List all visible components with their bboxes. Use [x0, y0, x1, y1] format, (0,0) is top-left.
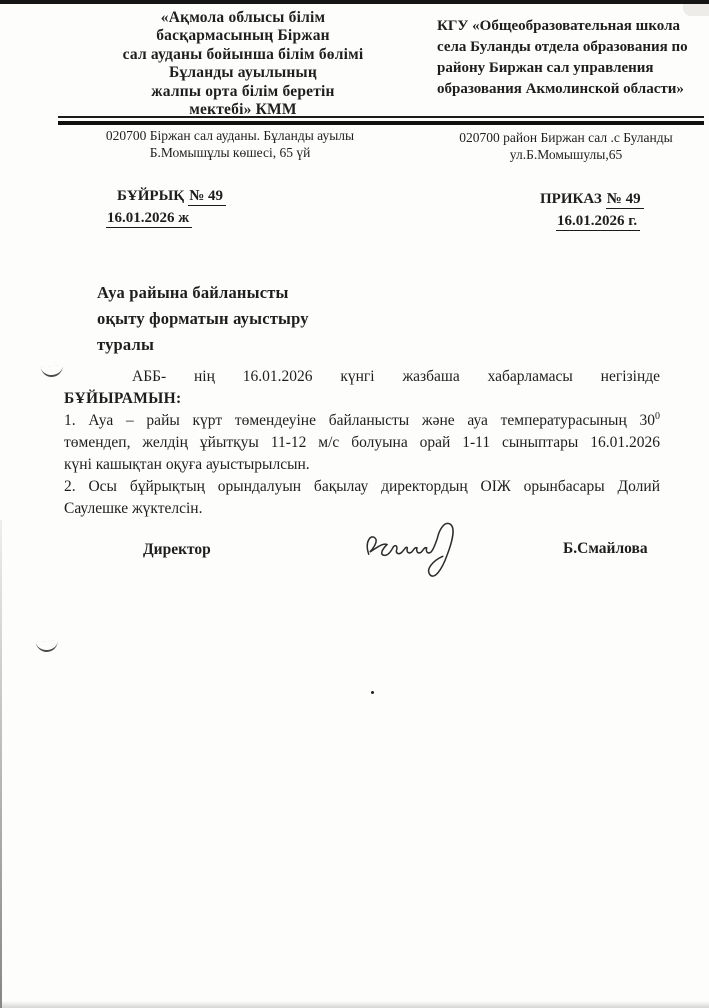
org-name-kazakh-line: жалпы орта білім беретін [86, 83, 400, 101]
org-name-kazakh-line: сал ауданы бойынша білім бөлімі [86, 46, 400, 64]
body-intro-line: АББ- нің 16.01.2026 күнгі жазбаша хабарл… [64, 366, 660, 388]
org-name-kazakh-line: басқармасының Біржан [86, 27, 400, 45]
body-item1-text: 1. Ауа – райы күрт төмендеуіне байланыст… [64, 412, 655, 429]
body-item1-line: төмендеп, желдің ұйытқуы 11-12 м/с болуы… [64, 432, 660, 454]
signature-handwriting [358, 512, 476, 595]
org-name-russian-line: села Буланды отдела образования по [437, 37, 709, 58]
org-name-kazakh: «Ақмола облысы білім басқармасының Біржа… [86, 9, 400, 119]
scan-pen-mark [41, 365, 64, 378]
order-subject-line: Ауа райына байланысты [97, 280, 377, 306]
org-name-russian: КГУ «Общеобразовательная школа села Була… [437, 16, 709, 100]
address-russian-line: ул.Б.Момышулы,65 [430, 146, 702, 163]
letterhead-divider-rule [58, 116, 704, 125]
order-title-kazakh: БҰЙРЫҚ№ 49 [117, 188, 226, 205]
org-name-kazakh-line: «Ақмола облысы білім [86, 9, 400, 27]
scanned-order-document: «Ақмола облысы білім басқармасының Біржа… [0, 0, 709, 1008]
order-word-kazakh: БҰЙРЫҚ [117, 188, 184, 204]
order-subject: Ауа райына байланысты оқыту форматын ауы… [97, 280, 377, 358]
scan-speck [371, 691, 374, 694]
order-date-russian: 16.01.2026 г. [556, 213, 640, 230]
address-kazakh-line: 020700 Біржан сал ауданы. Бұланды ауылы [55, 127, 405, 144]
scan-edge-left [0, 520, 2, 1008]
address-russian: 020700 район Биржан сал .с Буланды ул.Б.… [430, 129, 702, 163]
scan-pen-mark [36, 640, 59, 652]
scan-corner-shadow [683, 4, 709, 16]
order-date-kazakh-value: 16.01.2026 ж [106, 210, 192, 228]
scan-edge-bottom [0, 1001, 709, 1008]
order-word-russian: ПРИКАЗ [540, 191, 602, 207]
order-date-kazakh: 16.01.2026 ж [106, 210, 192, 227]
signer-name: Б.Смайлова [563, 540, 648, 558]
org-name-russian-line: району Биржан сал управления [437, 58, 709, 79]
order-subject-line: туралы [97, 332, 377, 358]
address-russian-line: 020700 район Биржан сал .с Буланды [430, 129, 702, 146]
address-kazakh-line: Б.Момышұлы көшесі, 65 үй [55, 144, 405, 161]
signer-role: Директор [143, 541, 211, 559]
order-number-kazakh: № 49 [188, 188, 226, 206]
org-name-russian-line: КГУ «Общеобразовательная школа [437, 16, 709, 37]
order-title-russian: ПРИКАЗ№ 49 [540, 191, 644, 208]
order-subject-line: оқыту форматын ауыстыру [97, 306, 377, 332]
body-resolve-word: БҰЙЫРАМЫН: [64, 388, 660, 410]
scan-edge-top [0, 0, 709, 4]
signature-icon [358, 512, 476, 590]
degree-superscript: 0 [655, 411, 660, 422]
address-kazakh: 020700 Біржан сал ауданы. Бұланды ауылы … [55, 127, 405, 161]
order-date-russian-value: 16.01.2026 г. [556, 213, 640, 231]
org-name-kazakh-line: Бұланды ауылының [86, 64, 400, 82]
body-item1-line: күні кашықтан оқуға ауыстырылсын. [64, 454, 660, 476]
org-name-russian-line: образования Акмолинской области» [437, 79, 709, 100]
order-body: АББ- нің 16.01.2026 күнгі жазбаша хабарл… [64, 366, 660, 520]
body-item2-line: 2. Осы бұйрықтың орындалуын бақылау дире… [64, 476, 660, 498]
body-item1-line: 1. Ауа – райы күрт төмендеуіне байланыст… [64, 410, 660, 432]
order-number-russian: № 49 [606, 191, 644, 209]
